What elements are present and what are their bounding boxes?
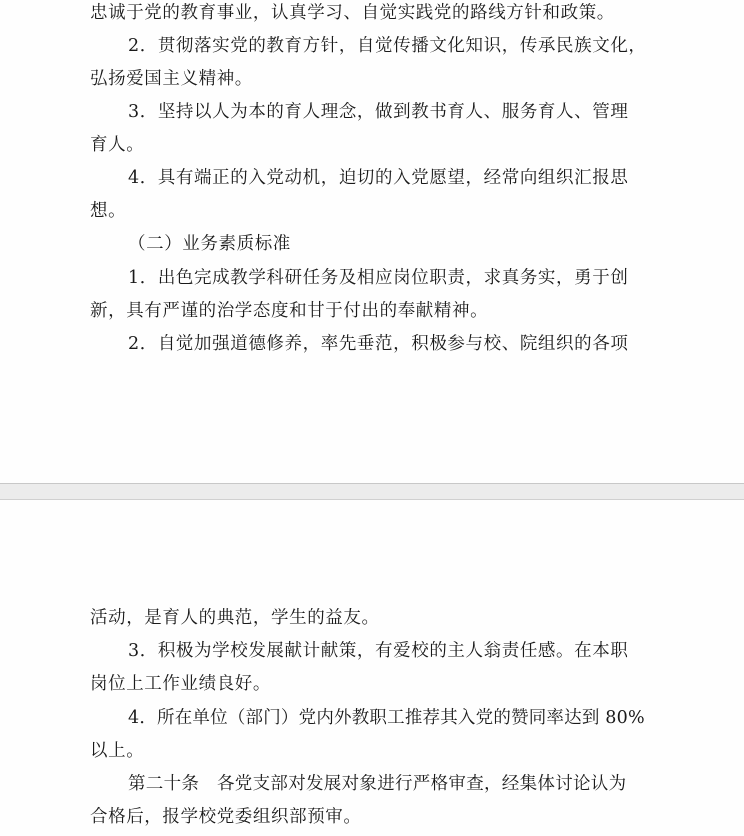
text-line: 育人。 xyxy=(90,133,646,157)
document-page-1: 忠诚于党的教育事业，认真学习、自觉实践党的路线方针和政策。 2．贯彻落实党的教育… xyxy=(0,0,744,483)
document-page-2: 活动，是育人的典范，学生的益友。 3．积极为学校发展献计献策，有爱校的主人翁责任… xyxy=(0,500,744,836)
text-line: 以上。 xyxy=(90,739,646,763)
article-paragraph: 第二十条 各党支部对发展对象进行严格审查，经集体讨论认为 xyxy=(128,772,646,796)
list-item-3: 3．坚持以人为本的育人理念，做到教书育人、服务育人、管理 xyxy=(128,100,646,124)
list-item-3: 3．积极为学校发展献计献策，有爱校的主人翁责任感。在本职 xyxy=(128,639,646,663)
list-item-2: 2．贯彻落实党的教育方针，自觉传播文化知识，传承民族文化， xyxy=(128,34,646,58)
list-item-2: 2．自觉加强道德修养，率先垂范，积极参与校、院组织的各项 xyxy=(128,332,646,356)
text-line: 弘扬爱国主义精神。 xyxy=(90,67,646,91)
text-line: 忠诚于党的教育事业，认真学习、自觉实践党的路线方针和政策。 xyxy=(90,1,646,25)
page-break-separator xyxy=(0,483,744,500)
text-line: 活动，是育人的典范，学生的益友。 xyxy=(90,606,646,630)
text-line: 合格后，报学校党委组织部预审。 xyxy=(90,805,646,829)
list-item-4: 4．所在单位（部门）党内外教职工推荐其入党的赞同率达到 80% xyxy=(128,706,646,730)
list-item-1: 1．出色完成教学科研任务及相应岗位职责，求真务实，勇于创 xyxy=(128,266,646,290)
text-line: 岗位上工作业绩良好。 xyxy=(90,672,646,696)
section-heading: （二）业务素质标准 xyxy=(128,232,684,256)
list-item-4: 4．具有端正的入党动机，迫切的入党愿望，经常向组织汇报思 xyxy=(128,166,646,190)
text-line: 想。 xyxy=(90,199,646,223)
text-line: 新，具有严谨的治学态度和甘于付出的奉献精神。 xyxy=(90,299,646,323)
